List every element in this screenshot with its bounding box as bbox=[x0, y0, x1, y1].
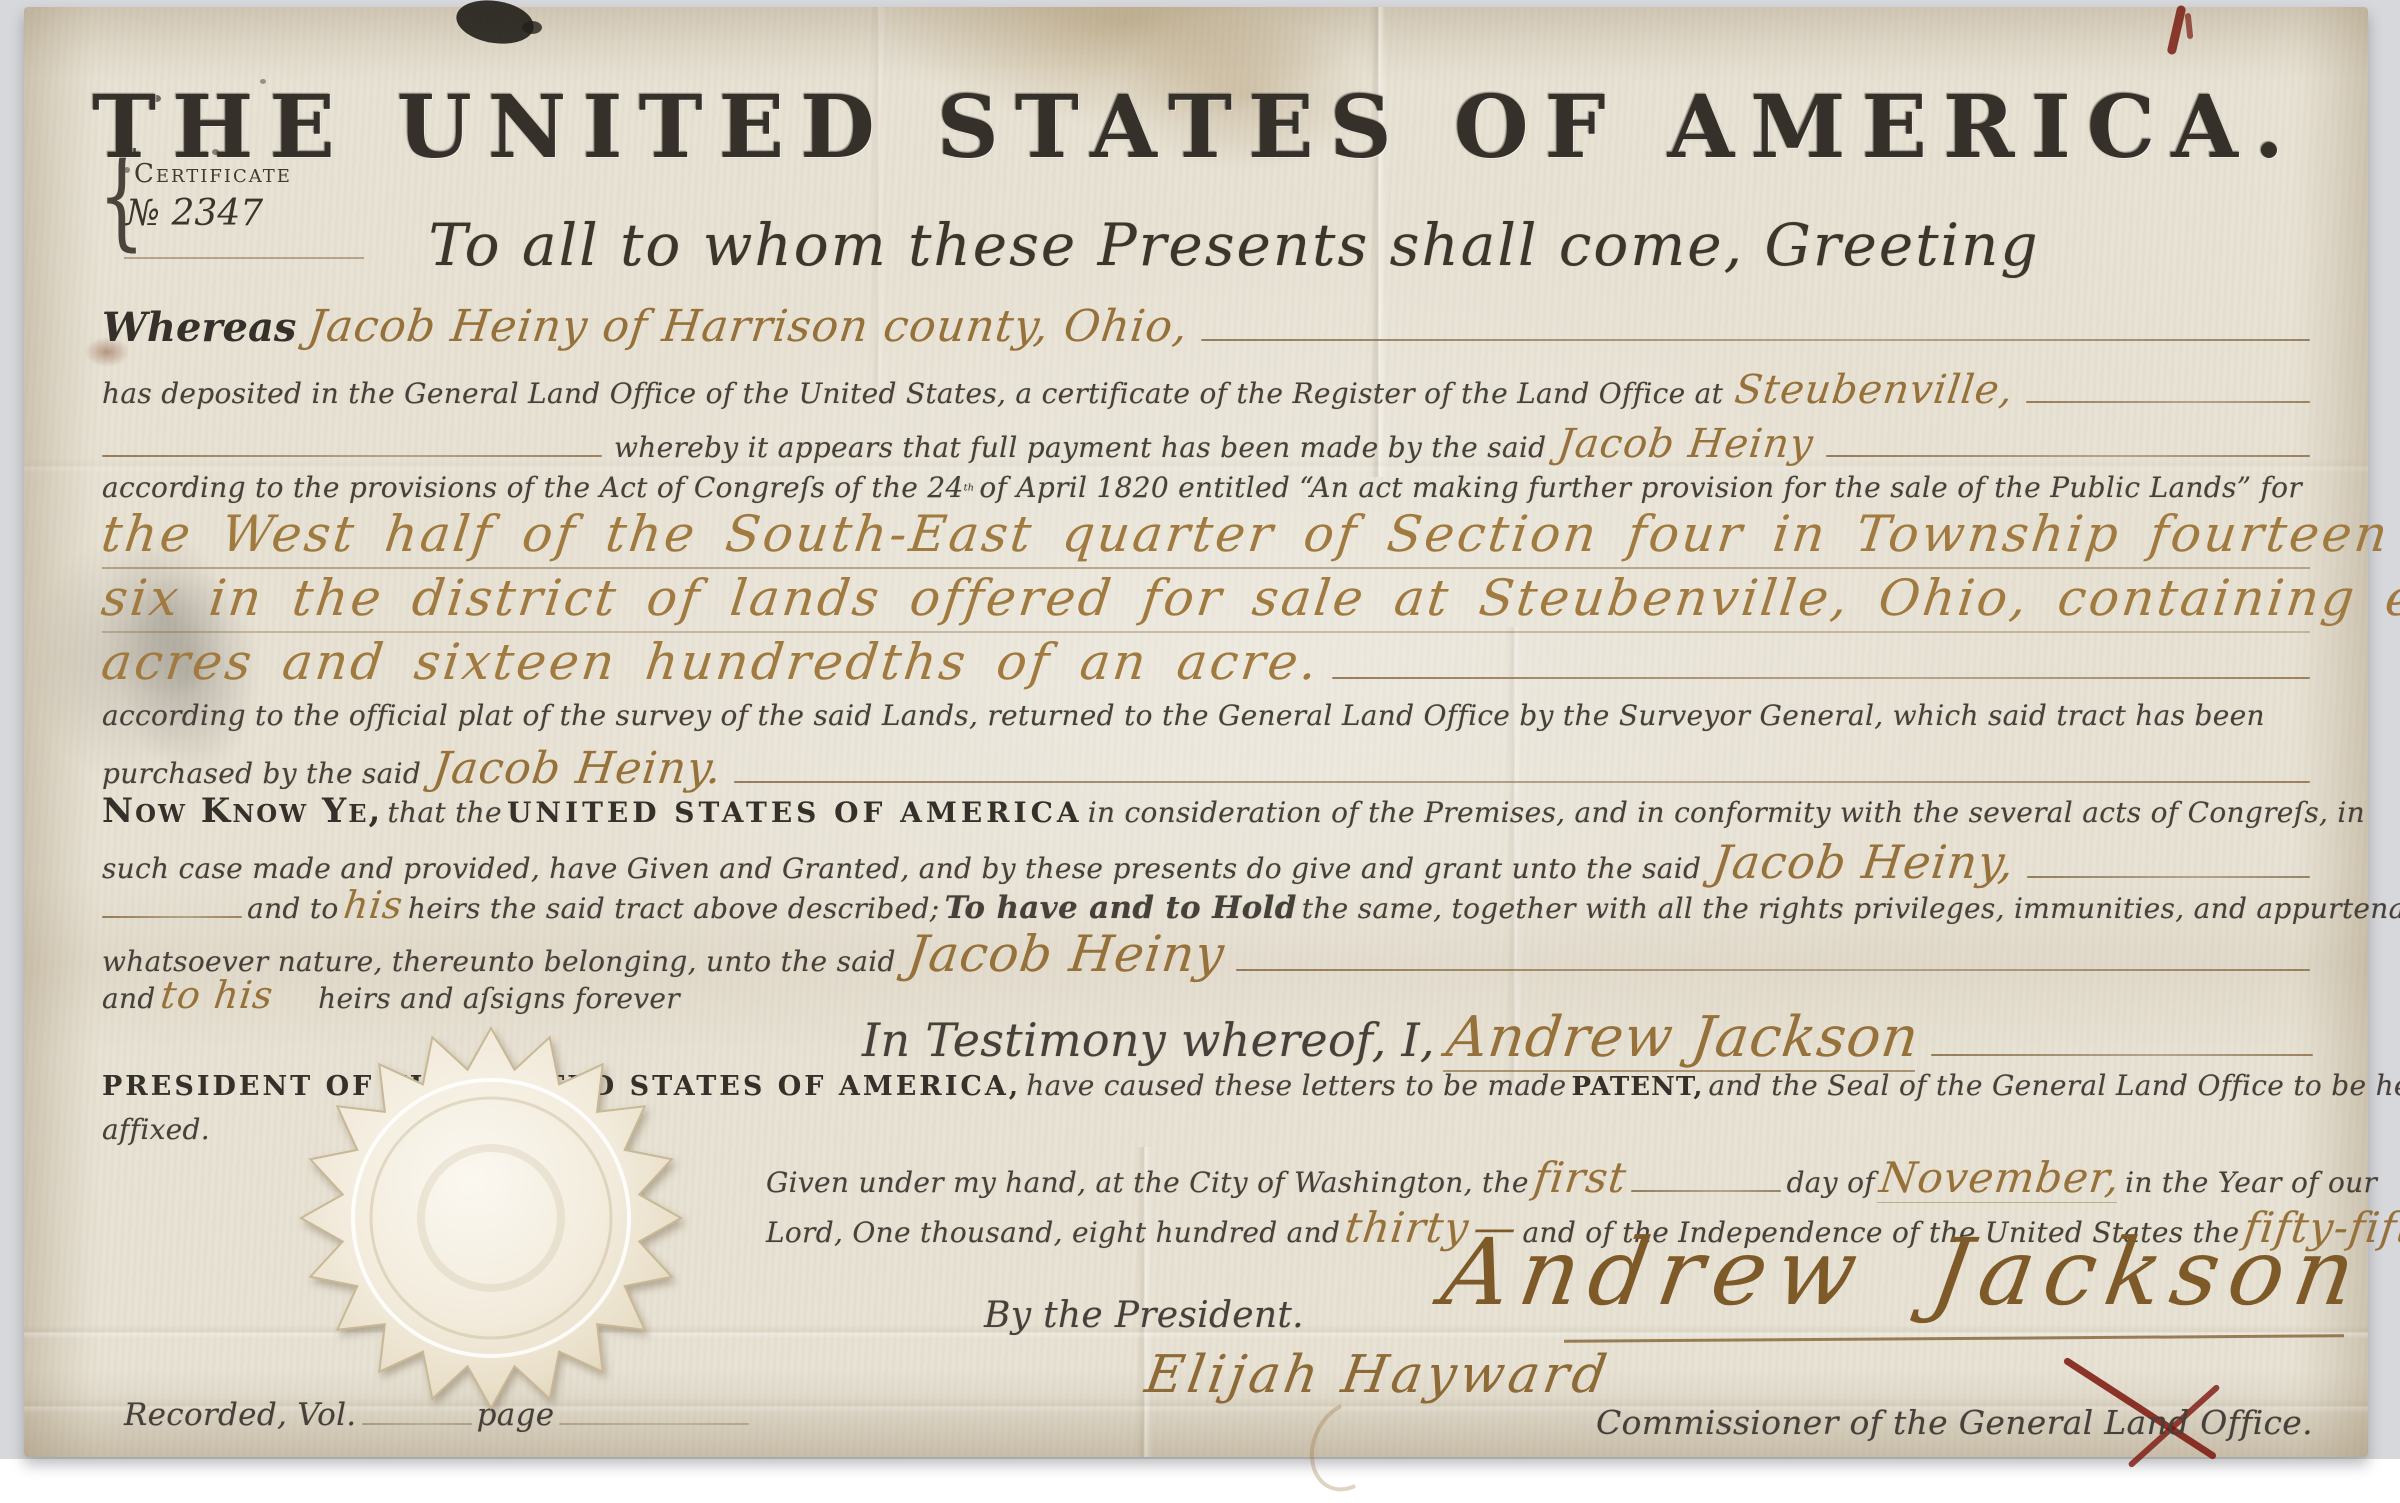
suchcase-line: such case made and provided, have Given … bbox=[102, 835, 2310, 889]
caused-text-b: and the Seal of the General Land Office … bbox=[1708, 1069, 2400, 1102]
blank-rule bbox=[1826, 455, 2310, 457]
affixed-line: affixed. bbox=[102, 1113, 210, 1146]
blank-rule bbox=[1236, 969, 2310, 971]
affixed-text: affixed. bbox=[102, 1113, 210, 1146]
land-office-name: Steubenville, bbox=[1732, 367, 2016, 413]
by-president-line: By the President. bbox=[984, 1295, 1304, 1336]
tract-text-3: acres and sixteen hundredths of an acre. bbox=[98, 633, 1323, 691]
commissioner-title: Commissioner of the General Land Office. bbox=[1596, 1403, 2313, 1442]
day-value: first bbox=[1531, 1153, 1630, 1202]
suchcase-text: such case made and provided, have Given … bbox=[102, 852, 1701, 885]
deposited-line: has deposited in the General Land Office… bbox=[102, 367, 2310, 413]
blank-rule bbox=[102, 455, 602, 457]
purchaser-name: Jacob Heiny. bbox=[430, 743, 725, 794]
seal-starburst bbox=[301, 1028, 681, 1408]
blank-rule bbox=[2026, 401, 2310, 403]
now-know-ye-line: Now Know Ye, that the UNITED STATES OF A… bbox=[102, 791, 2365, 831]
act-sup: th bbox=[964, 483, 975, 494]
heirs-line: and to his heirs the said tract above de… bbox=[102, 883, 2400, 927]
act-text-b: of April 1820 entitled “An act making fu… bbox=[979, 471, 2302, 504]
president-name-inline: Andrew Jackson bbox=[1443, 1005, 1923, 1072]
plat-line: according to the official plat of the su… bbox=[102, 699, 2265, 732]
blank-rule bbox=[1201, 339, 2310, 341]
certificate-number: № 2347 bbox=[126, 193, 292, 234]
given-line-1: Given under my hand, at the City of Wash… bbox=[766, 1153, 2377, 1203]
usa-caps: UNITED STATES OF AMERICA bbox=[507, 796, 1083, 829]
month-value: November, bbox=[1877, 1153, 2123, 1203]
blank-rule bbox=[559, 1423, 749, 1425]
blank-rule bbox=[1332, 677, 2310, 679]
whereas-label: Whereas bbox=[102, 304, 296, 351]
parchment-sheet: { Certificate № 2347 THE UNITED STATES O… bbox=[24, 7, 2368, 1457]
grantee-name-3: Jacob Heiny bbox=[904, 925, 1228, 983]
patent-caps: PATENT, bbox=[1571, 1072, 1703, 1102]
scan-background-strip bbox=[0, 1459, 2400, 1503]
to-have-hold: To have and to Hold bbox=[945, 890, 1297, 926]
blank-rule bbox=[1631, 1190, 1781, 1192]
and-to-label: and to bbox=[247, 892, 338, 925]
heirs-text-a: heirs the said tract above described; bbox=[408, 892, 940, 925]
blank-rule bbox=[362, 1423, 472, 1425]
to-his-hand: to his bbox=[158, 973, 276, 1017]
tract-line-1: the West half of the South-East quarter … bbox=[102, 505, 2400, 563]
purchased-line: purchased by the said Jacob Heiny. bbox=[102, 743, 2310, 794]
purchased-label: purchased by the said bbox=[102, 757, 421, 790]
payer-name: Jacob Heiny bbox=[1556, 421, 1817, 467]
ink-blot bbox=[522, 21, 542, 34]
document-title: THE UNITED STATES OF AMERICA. bbox=[92, 77, 2300, 178]
grantee-name: Jacob Heiny of Harrison county, Ohio, bbox=[305, 301, 1191, 352]
commissioner-line: Commissioner of the General Land Office. bbox=[1596, 1403, 2313, 1442]
plat-text: according to the official plat of the su… bbox=[102, 699, 2265, 732]
consideration-text: in consideration of the Premises, and in… bbox=[1088, 796, 2365, 829]
act-text-a: according to the provisions of the Act o… bbox=[102, 471, 964, 504]
caused-text-a: have caused these letters to be made bbox=[1026, 1069, 1566, 1102]
tract-text-1: the West half of the South-East quarter … bbox=[98, 505, 2400, 563]
blank-rule bbox=[734, 781, 2310, 783]
hayward-signature: Elijah Hayward bbox=[1141, 1345, 1614, 1405]
day-of-label: day of bbox=[1787, 1166, 1875, 1199]
blank-rule bbox=[102, 916, 242, 918]
whereby-text: whereby it appears that full payment has… bbox=[614, 431, 1546, 464]
tract-line-2: six in the district of lands offered for… bbox=[102, 569, 2400, 627]
lord-text: Lord, One thousand, eight hundred and bbox=[766, 1216, 1340, 1249]
act-line: according to the provisions of the Act o… bbox=[102, 471, 2302, 504]
by-president-text: By the President. bbox=[984, 1295, 1304, 1336]
embossed-seal bbox=[296, 1023, 686, 1413]
salutation-line: To all to whom these Presents shall come… bbox=[354, 211, 2114, 279]
deposited-text: has deposited in the General Land Office… bbox=[102, 377, 1723, 410]
red-mark-top-right bbox=[2166, 5, 2186, 56]
jackson-signature: Andrew Jackson bbox=[1436, 1219, 2373, 1326]
forever-text: heirs and aſsigns forever bbox=[318, 982, 680, 1015]
certificate-underline bbox=[124, 257, 364, 259]
testimony-text: In Testimony whereof, I, bbox=[862, 1013, 1435, 1067]
his-hand: his bbox=[341, 883, 406, 927]
and-label: and bbox=[102, 982, 156, 1015]
blank-rule bbox=[1931, 1054, 2313, 1056]
whereby-line: whereby it appears that full payment has… bbox=[102, 421, 2310, 467]
blank-rule bbox=[2027, 876, 2310, 878]
heirs-text-b: the same, together with all the rights p… bbox=[1302, 892, 2400, 925]
grantee-name-2: Jacob Heiny, bbox=[1710, 835, 2018, 889]
whereas-line: Whereas Jacob Heiny of Harrison county, … bbox=[102, 301, 2310, 352]
given-text-a: Given under my hand, at the City of Wash… bbox=[766, 1166, 1529, 1199]
that-the: that the bbox=[387, 796, 501, 829]
red-mark-top-right bbox=[2185, 13, 2194, 39]
now-know-ye: Now Know Ye, bbox=[102, 791, 382, 831]
given-text-b: in the Year of our bbox=[2125, 1166, 2377, 1199]
testimony-line: In Testimony whereof, I, Andrew Jackson bbox=[862, 1005, 2313, 1072]
tract-line-3: acres and sixteen hundredths of an acre. bbox=[102, 633, 2310, 691]
forever-line: and to his heirs and aſsigns forever bbox=[102, 973, 680, 1017]
tract-text-2: six in the district of lands offered for… bbox=[98, 569, 2400, 627]
